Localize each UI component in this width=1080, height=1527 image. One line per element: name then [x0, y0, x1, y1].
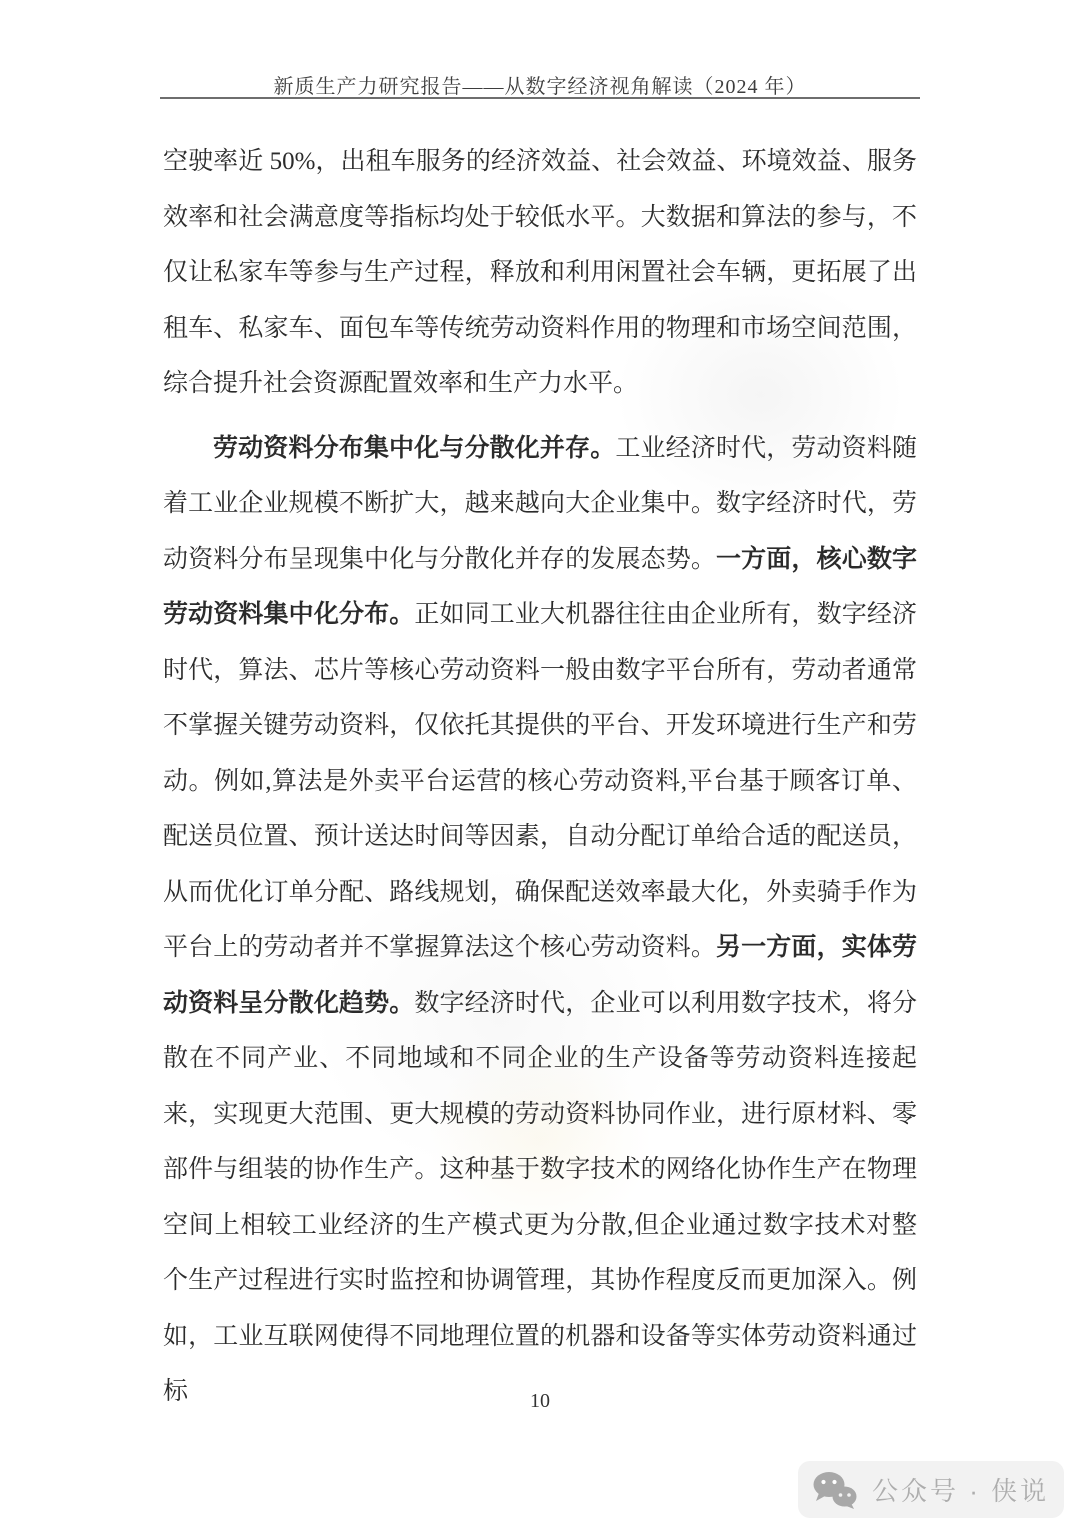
- wechat-badge: 公众号 · 侠说: [798, 1461, 1064, 1518]
- wechat-badge-label: 公众号 · 侠说: [872, 1471, 1049, 1508]
- paragraph: 空驶率近 50%，出租车服务的经济效益、社会效益、环境效益、服务效率和社会满意度…: [163, 134, 917, 412]
- document-body: 空驶率近 50%，出租车服务的经济效益、社会效益、环境效益、服务效率和社会满意度…: [163, 134, 917, 1420]
- text-run-bold: 劳动资料分布集中化与分散化并存。: [213, 434, 615, 462]
- page-number: 10: [0, 1390, 1080, 1413]
- text-run: 空驶率近 50%，出租车服务的经济效益、社会效益、环境效益、服务效率和社会满意度…: [163, 148, 917, 397]
- wechat-icon: [812, 1471, 858, 1509]
- text-run: 正如同工业大机器往往由企业所有，数字经济时代，算法、芯片等核心劳动资料一般由数字…: [163, 601, 917, 961]
- document-page: 新质生产力研究报告——从数字经济视角解读（2024 年） 空驶率近 50%，出租…: [0, 0, 1080, 1527]
- running-header-title: 新质生产力研究报告——从数字经济视角解读（2024 年）: [160, 70, 920, 99]
- text-run: 数字经济时代，企业可以利用数字技术，将分散在不同产业、不同地域和不同企业的生产设…: [163, 990, 917, 1406]
- header-divider-rule: [160, 97, 920, 99]
- paragraph: 劳动资料分布集中化与分散化并存。工业经济时代，劳动资料随着工业企业规模不断扩大，…: [163, 421, 917, 1420]
